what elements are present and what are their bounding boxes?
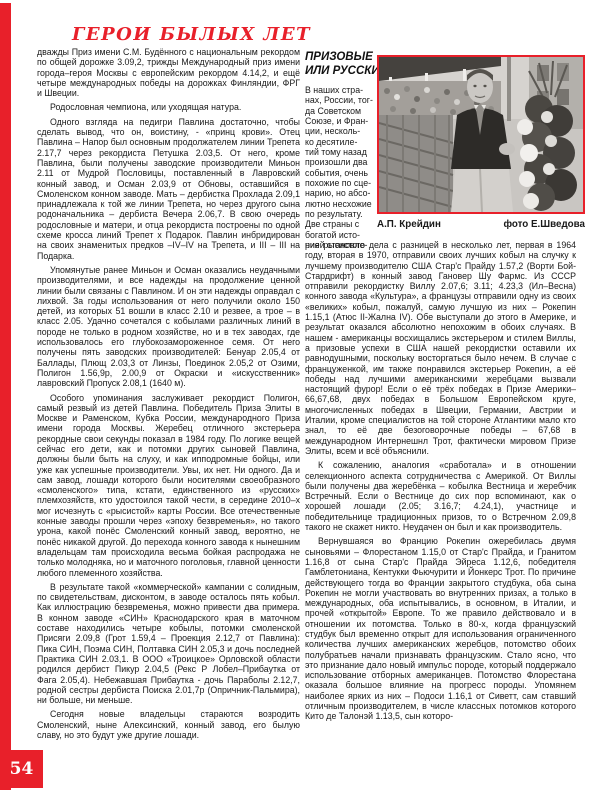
photo-caption-credit: фото Е.Шведова [503, 219, 585, 230]
sidebar-narrow-text: В наших стра- нах, России, тог- да Совет… [305, 85, 373, 251]
photo-caption-subject: А.П. Крейдин [377, 219, 441, 230]
page-number: 54 [10, 759, 34, 779]
paragraph: Вернувшаяся во Францию Рокепин ожеребила… [305, 536, 576, 721]
page-title: ГЕРОИ БЫЛЫХ ЛЕТ [72, 24, 311, 45]
photo [377, 55, 585, 214]
photo-illustration [379, 57, 583, 212]
paragraph: ния рысистого дела с разницей в нескольк… [305, 240, 576, 456]
paragraph: дважды Приз имени С.М. Будённого с нацио… [37, 47, 300, 98]
page-number-block: 54 [0, 750, 43, 788]
right-column: ния рысистого дела с разницей в нескольк… [305, 240, 576, 726]
magazine-page: ГЕРОИ БЫЛЫХ ЛЕТ дважды Приз имени С.М. Б… [0, 0, 614, 800]
paragraph: Родословная чемпиона, или уходящая натур… [37, 102, 300, 112]
paragraph: К сожалению, аналогия «сработала» и в от… [305, 460, 576, 532]
paragraph: Упомянутые ранее Миньон и Осман оказалис… [37, 265, 300, 389]
photo-caption: А.П. Крейдин фото Е.Шведова [377, 219, 585, 230]
paragraph: Одного взгляда на педигри Павлина достат… [37, 117, 300, 261]
paragraph: В результате такой «коммерческой» кампан… [37, 582, 300, 706]
left-column: дважды Приз имени С.М. Будённого с нацио… [37, 47, 300, 744]
red-margin-bar [0, 3, 11, 790]
paragraph: Сегодня новые владельцы стараются возрод… [37, 709, 300, 740]
paragraph: Особого упоминания заслуживает рекордист… [37, 393, 300, 578]
